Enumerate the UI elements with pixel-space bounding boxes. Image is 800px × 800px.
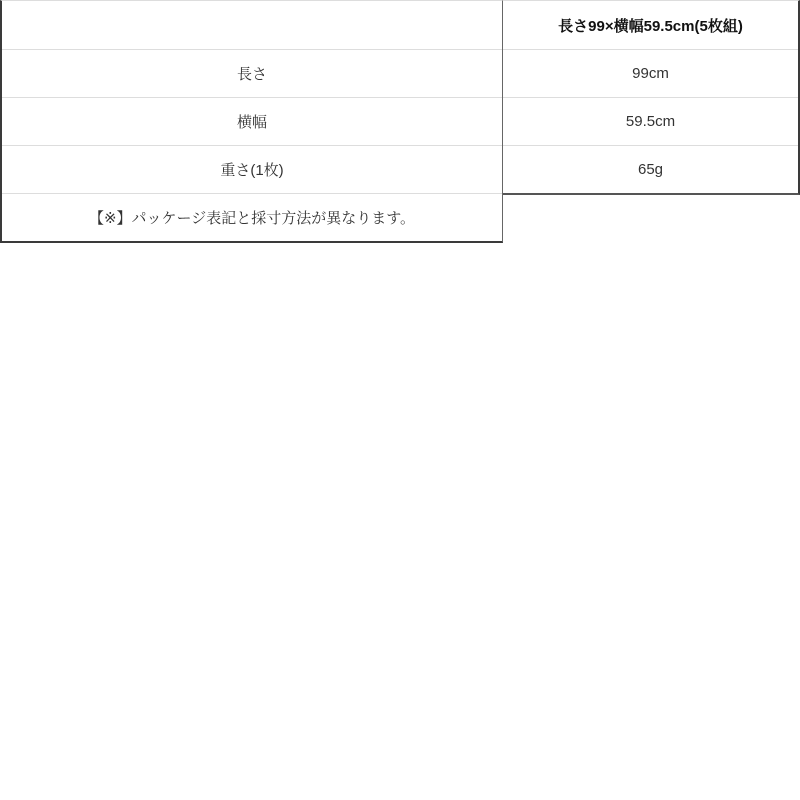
page: 長さ 横幅 重さ(1枚) 【※】パッケージ表記と採寸方法が異なります。 長さ99… [0, 0, 800, 800]
spec-label-weight: 重さ(1枚) [2, 145, 502, 193]
spec-label-width: 横幅 [2, 97, 502, 145]
spec-table: 長さ 横幅 重さ(1枚) 【※】パッケージ表記と採寸方法が異なります。 長さ99… [0, 0, 800, 243]
spec-note: 【※】パッケージ表記と採寸方法が異なります。 [2, 193, 502, 241]
spec-header-value-cell: 長さ99×横幅59.5cm(5枚組) [503, 1, 798, 49]
spec-table-value-column: 長さ99×横幅59.5cm(5枚組) 99cm 59.5cm 65g [503, 0, 800, 195]
spec-value-weight: 65g [503, 145, 798, 193]
spec-table-label-column: 長さ 横幅 重さ(1枚) 【※】パッケージ表記と採寸方法が異なります。 [0, 0, 503, 243]
spec-value-length: 99cm [503, 49, 798, 97]
spec-value-width: 59.5cm [503, 97, 798, 145]
spec-label-length: 長さ [2, 49, 502, 97]
spec-header-label-cell [2, 1, 502, 49]
